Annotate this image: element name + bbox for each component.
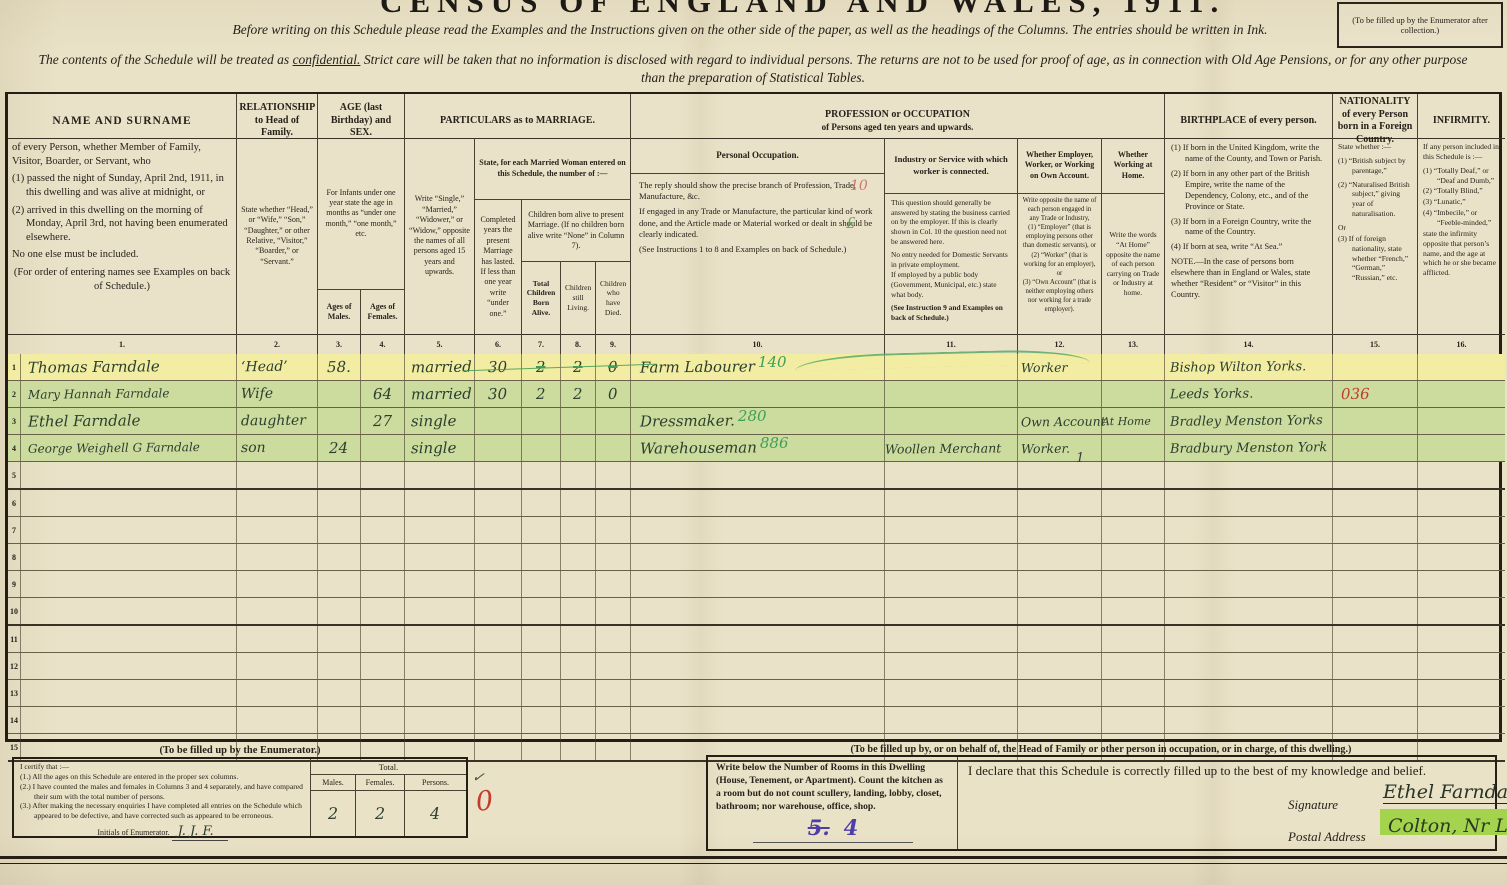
cell-born	[522, 734, 561, 760]
emp-instr-p3: (2) “Worker” (that is working for an emp…	[1022, 252, 1097, 278]
confidential-line: The contents of the Schedule will be tre…	[8, 52, 1498, 68]
cell-num: 7	[8, 517, 21, 543]
initials-value: J. J. F.	[172, 824, 228, 841]
cell-living	[561, 571, 596, 597]
died-value: 0	[608, 358, 618, 376]
cell-at_home	[1102, 653, 1165, 679]
red-zero-mark: 0	[474, 785, 494, 818]
cell-name	[21, 653, 237, 679]
nat-instr-p4: Or	[1338, 223, 1412, 233]
cell-occupation	[631, 571, 885, 597]
employer-value: Worker.	[1021, 440, 1070, 456]
cell-nationality	[1333, 571, 1418, 597]
rooms-instructions: Write below the Number of Rooms in this …	[716, 762, 943, 812]
males-label: Males.	[311, 775, 356, 790]
cell-died	[596, 571, 631, 597]
cell-living	[561, 517, 596, 543]
cell-num: 6	[8, 490, 21, 516]
cell-infirmity	[1418, 381, 1505, 407]
cell-marriage: married	[405, 381, 475, 407]
cell-age_f	[361, 680, 405, 706]
table-row: 14	[8, 707, 1505, 734]
personal-occupation-header: Personal Occupation.	[631, 138, 885, 174]
cell-num: 3	[8, 408, 21, 434]
relationship-value: daughter	[241, 413, 306, 430]
age-instructions: For Infants under one year state the age…	[318, 138, 405, 290]
name-instr-p3: (2) arrived in this dwelling on the morn…	[12, 204, 232, 245]
cell-years	[475, 544, 522, 570]
cell-age_m	[318, 381, 361, 407]
signature-line: Ethel Farndale	[1383, 781, 1507, 804]
cell-name: Ethel Farndale	[21, 408, 237, 434]
relationship-value: son	[241, 440, 266, 456]
cell-infirmity	[1418, 354, 1505, 380]
cell-occupation	[631, 462, 885, 488]
num-value: 9	[12, 580, 16, 589]
name-value: Mary Hannah Farndale	[28, 386, 170, 401]
cell-born	[522, 571, 561, 597]
cell-at_home	[1102, 517, 1165, 543]
industry-value: Woollen Merchant	[885, 440, 1001, 456]
cell-nationality	[1333, 598, 1418, 624]
cell-at_home	[1102, 462, 1165, 488]
certify-item-1: (1.) All the ages on this Schedule are e…	[20, 772, 305, 782]
cell-born	[522, 490, 561, 516]
cell-employer: Worker.	[1018, 435, 1102, 461]
cell-relationship	[237, 490, 318, 516]
children-died-header: Children who have Died.	[596, 262, 631, 334]
cell-birthplace	[1165, 544, 1333, 570]
cell-marriage	[405, 517, 475, 543]
cell-marriage	[405, 626, 475, 652]
col-number: 10.	[631, 334, 885, 354]
cell-years	[475, 598, 522, 624]
cell-died	[596, 626, 631, 652]
cell-name	[21, 462, 237, 488]
name-value: Ethel Farndale	[28, 411, 141, 430]
occ-instr-p2: If engaged in any Trade or Manufacture, …	[639, 206, 876, 240]
col-number: 3.	[318, 334, 361, 354]
living-value: 2	[573, 385, 583, 403]
occ-instr-p1: The reply should show the precise branch…	[639, 180, 876, 202]
cell-industry	[885, 462, 1018, 488]
cell-living	[561, 707, 596, 733]
occupation-value: Farm Labourer	[640, 357, 755, 376]
pencil-mark-pound: £	[846, 214, 856, 232]
enumerator-box: I certify that :— (1.) All the ages on t…	[12, 757, 468, 838]
cell-age_m	[318, 462, 361, 488]
address-value: Colton, Nr Leeds, Yorkshire	[1388, 815, 1507, 837]
cell-years: 30	[475, 381, 522, 407]
cell-birthplace	[1165, 598, 1333, 624]
cell-birthplace	[1165, 571, 1333, 597]
cell-died	[596, 544, 631, 570]
cell-occupation	[631, 517, 885, 543]
cell-industry	[885, 707, 1018, 733]
cell-nationality	[1333, 517, 1418, 543]
totals-table: Total. Males. Females. Persons. 2 2 4	[311, 759, 466, 836]
cell-nationality	[1333, 490, 1418, 516]
table-row: 7	[8, 517, 1505, 544]
cell-occupation: Warehouseman886	[631, 435, 885, 461]
cell-died	[596, 598, 631, 624]
num-value: 3	[12, 417, 16, 426]
cell-birthplace: Leeds Yorks.	[1165, 381, 1333, 407]
cell-marriage	[405, 462, 475, 488]
cell-name	[21, 490, 237, 516]
cell-birthplace	[1165, 626, 1333, 652]
col-number: 4.	[361, 334, 405, 354]
col-number: 6.	[475, 334, 522, 354]
col-number: 15.	[1333, 334, 1418, 354]
cell-marriage	[405, 490, 475, 516]
cell-industry	[885, 680, 1018, 706]
bp-instr-p3: (3) If born in a Foreign Country, write …	[1171, 217, 1326, 239]
cell-age_f	[361, 435, 405, 461]
confidential-word: confidential.	[293, 52, 361, 67]
declaration-text: I declare that this Schedule is correctl…	[968, 763, 1426, 778]
cell-name	[21, 680, 237, 706]
declaration-box: Write below the Number of Rooms in this …	[706, 755, 1497, 851]
infirmity-instructions: If any person included in this Schedule …	[1418, 138, 1505, 334]
bp-instr-note: NOTE.—In the case of persons born elsewh…	[1171, 257, 1326, 301]
declaration-cell: I declare that this Schedule is correctl…	[958, 757, 1495, 849]
totals-header: Total.	[311, 759, 466, 775]
cell-relationship: daughter	[237, 408, 318, 434]
cell-num: 9	[8, 571, 21, 597]
col-number: 16.	[1418, 334, 1505, 354]
cell-living	[561, 435, 596, 461]
cell-age_m: 24	[318, 435, 361, 461]
table-body: 1Thomas Farndale‘Head’58.married30220Far…	[8, 354, 1505, 762]
cell-marriage	[405, 653, 475, 679]
cell-birthplace	[1165, 490, 1333, 516]
marital-status-instructions: Write “Single,” “Married,” “Widower,” or…	[405, 138, 475, 334]
pencil-mark-10: 10	[850, 178, 868, 194]
cell-name	[21, 598, 237, 624]
rooms-cell: Write below the Number of Rooms in this …	[708, 757, 958, 849]
cell-employer	[1018, 490, 1102, 516]
table-row: 8	[8, 544, 1505, 571]
cell-nationality	[1333, 408, 1418, 434]
cell-birthplace	[1165, 517, 1333, 543]
birthplace-value: Bradbury Menston York	[1170, 440, 1327, 457]
occupation-code: 886	[760, 434, 789, 452]
cell-age_m	[318, 490, 361, 516]
ind-instr-p1: This question should generally be answer…	[891, 198, 1011, 246]
cell-relationship: son	[237, 435, 318, 461]
table-row: 11	[8, 626, 1505, 653]
cell-died	[596, 435, 631, 461]
table-row: 2Mary Hannah FarndaleWife64married30220L…	[8, 381, 1505, 408]
ind-instr-p3: If employed by a public body (Government…	[891, 270, 1011, 299]
cell-employer	[1018, 680, 1102, 706]
profession-title-main: PROFESSION or OCCUPATION	[825, 109, 970, 120]
cell-years	[475, 626, 522, 652]
cell-industry	[885, 571, 1018, 597]
cell-birthplace	[1165, 680, 1333, 706]
cell-num: 5	[8, 462, 21, 488]
page-title: CENSUS OF ENGLAND AND WALES, 1911.	[380, 0, 1140, 20]
nationality-instructions: State whether :— (1) “British subject by…	[1333, 138, 1418, 334]
cell-died	[596, 408, 631, 434]
address-line: Colton, Nr Leeds, Yorkshire	[1388, 815, 1507, 837]
num-value: 13	[10, 689, 18, 698]
ind-instr-p4: (See Instruction 9 and Examples on back …	[891, 303, 1011, 322]
cell-died	[596, 653, 631, 679]
address-label: Postal Address	[1288, 829, 1366, 845]
cell-name	[21, 544, 237, 570]
certify-item-3: (3.) After making the necessary enquirie…	[20, 801, 305, 821]
column-numbers: 1. 2. 3. 4. 5. 6. 7. 8. 9. 10. 11. 12. 1…	[8, 334, 1505, 355]
cell-nationality	[1333, 680, 1418, 706]
num-value: 14	[10, 716, 18, 725]
cell-died	[596, 462, 631, 488]
age_f-value: 64	[373, 385, 392, 403]
cell-employer	[1018, 381, 1102, 407]
employer-instructions: Write opposite the name of each person e…	[1018, 194, 1102, 334]
num-value: 2	[12, 390, 16, 399]
signature-label: Signature	[1288, 797, 1338, 813]
marriage-years-instructions: Completed years the present Marriage has…	[475, 200, 522, 334]
occupation-code: 280	[738, 407, 767, 425]
inf-instr-p2: (1) “Totally Deaf,” or “Deaf and Dumb,”	[1423, 166, 1500, 186]
males-value: 2	[328, 804, 338, 823]
cell-industry	[885, 517, 1018, 543]
cell-at_home	[1102, 435, 1165, 461]
table-row: 9	[8, 571, 1505, 598]
females-label: Females.	[356, 775, 405, 790]
cell-infirmity	[1418, 490, 1505, 516]
cell-at_home: At Home	[1102, 408, 1165, 434]
col-number: 5.	[405, 334, 475, 354]
rooms-value: 5.4	[753, 814, 913, 843]
years-value: 30	[488, 358, 507, 376]
employer-value: Own Account	[1021, 413, 1106, 429]
cell-employer: Own Account	[1018, 408, 1102, 434]
enumerator-certification: I certify that :— (1.) All the ages on t…	[14, 759, 311, 836]
profession-title-sub: of Persons aged ten years and upwards.	[822, 122, 974, 133]
children-total-header: Total Children Born Alive.	[522, 262, 561, 334]
cell-employer	[1018, 707, 1102, 733]
table-row: 12	[8, 653, 1505, 680]
bp-instr-p1: (1) If born in the United Kingdom, write…	[1171, 143, 1326, 165]
cell-birthplace	[1165, 653, 1333, 679]
emp-instr-p1: Write opposite the name of each person e…	[1022, 197, 1097, 223]
at-home-instructions: Write the words “At Home” opposite the n…	[1102, 194, 1165, 334]
cell-occupation	[631, 707, 885, 733]
cell-infirmity	[1418, 517, 1505, 543]
cell-at_home	[1102, 490, 1165, 516]
cell-employer	[1018, 517, 1102, 543]
cell-age_f	[361, 653, 405, 679]
inf-instr-p6: state the infirmity opposite that person…	[1423, 229, 1500, 278]
num-value: 12	[10, 662, 18, 671]
cell-num: 10	[8, 598, 21, 624]
rooms-value-final: 4	[844, 815, 859, 840]
cell-marriage: married	[405, 354, 475, 380]
col-number: 7.	[522, 334, 561, 354]
num-value: 8	[12, 553, 16, 562]
name-instr-p2: (1) passed the night of Sunday, April 2n…	[12, 172, 232, 199]
num-value: 5	[12, 471, 16, 480]
cell-died	[596, 490, 631, 516]
name-value: George Weighell G Farndale	[28, 440, 200, 456]
occupation-value: Warehouseman	[640, 438, 757, 457]
cell-relationship	[237, 653, 318, 679]
col-number: 14.	[1165, 334, 1333, 354]
cell-industry	[885, 653, 1018, 679]
cell-occupation	[631, 490, 885, 516]
cell-years	[475, 653, 522, 679]
ages-females-header: Ages of Females.	[361, 290, 405, 334]
children-living-header: Children still Living.	[561, 262, 596, 334]
cell-name: Mary Hannah Farndale	[21, 381, 237, 407]
cell-born	[522, 544, 561, 570]
cell-died	[596, 680, 631, 706]
col-number: 1.	[8, 334, 237, 354]
cell-age_m	[318, 626, 361, 652]
cell-employer	[1018, 598, 1102, 624]
name-instructions: of every Person, whether Member of Famil…	[8, 138, 237, 334]
num-value: 7	[12, 526, 16, 535]
num-value: 10	[10, 607, 18, 616]
cell-years	[475, 462, 522, 488]
cell-age_f	[361, 354, 405, 380]
cell-age_f	[361, 598, 405, 624]
cell-years	[475, 408, 522, 434]
cell-industry	[885, 598, 1018, 624]
cell-nationality	[1333, 354, 1418, 380]
cell-age_f: 27	[361, 408, 405, 434]
cell-birthplace: Bradbury Menston York	[1165, 435, 1333, 461]
cell-num: 12	[8, 653, 21, 679]
cell-num: 2	[8, 381, 21, 407]
initials-label: Initials of Enumerator.	[97, 828, 169, 837]
cell-relationship	[237, 517, 318, 543]
cell-marriage: single	[405, 435, 475, 461]
marriage-value: married	[411, 385, 472, 404]
name-instr-p4: No one else must be included.	[12, 248, 232, 262]
emp-instr-p4: (3) “Own Account” (that is neither emplo…	[1022, 279, 1097, 314]
householder-section-label: (To be filled up by, or on behalf of, th…	[705, 744, 1497, 755]
cell-years	[475, 490, 522, 516]
cell-birthplace	[1165, 707, 1333, 733]
cell-at_home	[1102, 598, 1165, 624]
relationship-value: Wife	[241, 386, 273, 402]
signature-value: Ethel Farndale	[1383, 781, 1507, 803]
years-value: 30	[488, 385, 507, 403]
cell-relationship	[237, 571, 318, 597]
cell-infirmity	[1418, 571, 1505, 597]
ind-instr-p2: No entry needed for Domestic Servants in…	[891, 250, 1011, 269]
relationship-instructions: State whether “Head,” or “Wife,” “Son,” …	[237, 138, 318, 334]
cell-living	[561, 544, 596, 570]
cell-born	[522, 435, 561, 461]
census-schedule-scan: CENSUS OF ENGLAND AND WALES, 1911. (To b…	[0, 0, 1507, 885]
cell-died: 0	[596, 381, 631, 407]
inf-instr-p3: (2) “Totally Blind,”	[1423, 186, 1500, 196]
cell-infirmity	[1418, 707, 1505, 733]
num-value: 1	[12, 363, 16, 372]
cell-born	[522, 462, 561, 488]
nat-instr-p2: (1) “British subject by parentage,”	[1338, 156, 1412, 176]
cell-birthplace: Bradley Menston Yorks	[1165, 408, 1333, 434]
cell-num: 11	[8, 626, 21, 652]
cell-employer	[1018, 626, 1102, 652]
industry-instructions: This question should generally be answer…	[885, 194, 1018, 334]
col-number: 9.	[596, 334, 631, 354]
cell-relationship	[237, 626, 318, 652]
cell-infirmity	[1418, 544, 1505, 570]
cell-years	[475, 707, 522, 733]
cell-years	[475, 435, 522, 461]
cell-employer	[1018, 571, 1102, 597]
cell-marriage	[405, 571, 475, 597]
cell-at_home	[1102, 680, 1165, 706]
cell-born	[522, 653, 561, 679]
bp-instr-p2: (2) If born in any other part of the Bri…	[1171, 169, 1326, 213]
cell-at_home	[1102, 544, 1165, 570]
column-group-titles: NAME AND SURNAME RELATIONSHIP to Head of…	[8, 94, 1505, 139]
cell-nationality	[1333, 544, 1418, 570]
cell-relationship	[237, 680, 318, 706]
cell-name	[21, 707, 237, 733]
cell-name	[21, 517, 237, 543]
age_f-value: 27	[373, 412, 392, 430]
enumerator-section-label: (To be filled up by the Enumerator.)	[55, 745, 425, 756]
num-value: 6	[12, 499, 16, 508]
name-instr-p1: of every Person, whether Member of Famil…	[12, 141, 232, 168]
ages-males-header: Ages of Males.	[318, 290, 361, 334]
cell-industry	[885, 544, 1018, 570]
inf-instr-p4: (3) “Lunatic,”	[1423, 197, 1500, 207]
cell-at_home	[1102, 381, 1165, 407]
persons-value: 4	[430, 804, 440, 823]
cell-occupation	[631, 544, 885, 570]
at-home-header: Whether Working at Home.	[1102, 138, 1165, 194]
cell-age_f: 64	[361, 381, 405, 407]
table-row: 13	[8, 680, 1505, 707]
table-row: 1Thomas Farndale‘Head’58.married30220Far…	[8, 354, 1505, 381]
enumerator-initials-row: Initials of Enumerator. J. J. F.	[20, 824, 305, 841]
cell-age_f	[361, 707, 405, 733]
occupation-code: 140	[758, 353, 787, 371]
cell-infirmity	[1418, 435, 1505, 461]
cell-age_m	[318, 544, 361, 570]
cell-nationality	[1333, 435, 1418, 461]
cell-employer	[1018, 653, 1102, 679]
num-value: 11	[10, 635, 18, 644]
cell-name	[21, 626, 237, 652]
born-value: 2	[536, 385, 546, 403]
cell-age_m	[318, 598, 361, 624]
marriage-value: single	[411, 439, 457, 457]
cell-years: 30	[475, 354, 522, 380]
column-instructions: of every Person, whether Member of Famil…	[8, 138, 1505, 335]
persons-label: Persons.	[405, 775, 466, 790]
occ-instr-p3: (See Instructions 1 to 8 and Examples on…	[639, 244, 876, 255]
occupation-instructions: The reply should show the precise branch…	[631, 174, 885, 334]
cell-years	[475, 571, 522, 597]
cell-name: George Weighell G Farndale	[21, 435, 237, 461]
females-value: 2	[375, 804, 385, 823]
cell-age_m	[318, 653, 361, 679]
cell-age_f	[361, 490, 405, 516]
cell-born	[522, 598, 561, 624]
cell-marriage	[405, 680, 475, 706]
cell-living	[561, 626, 596, 652]
